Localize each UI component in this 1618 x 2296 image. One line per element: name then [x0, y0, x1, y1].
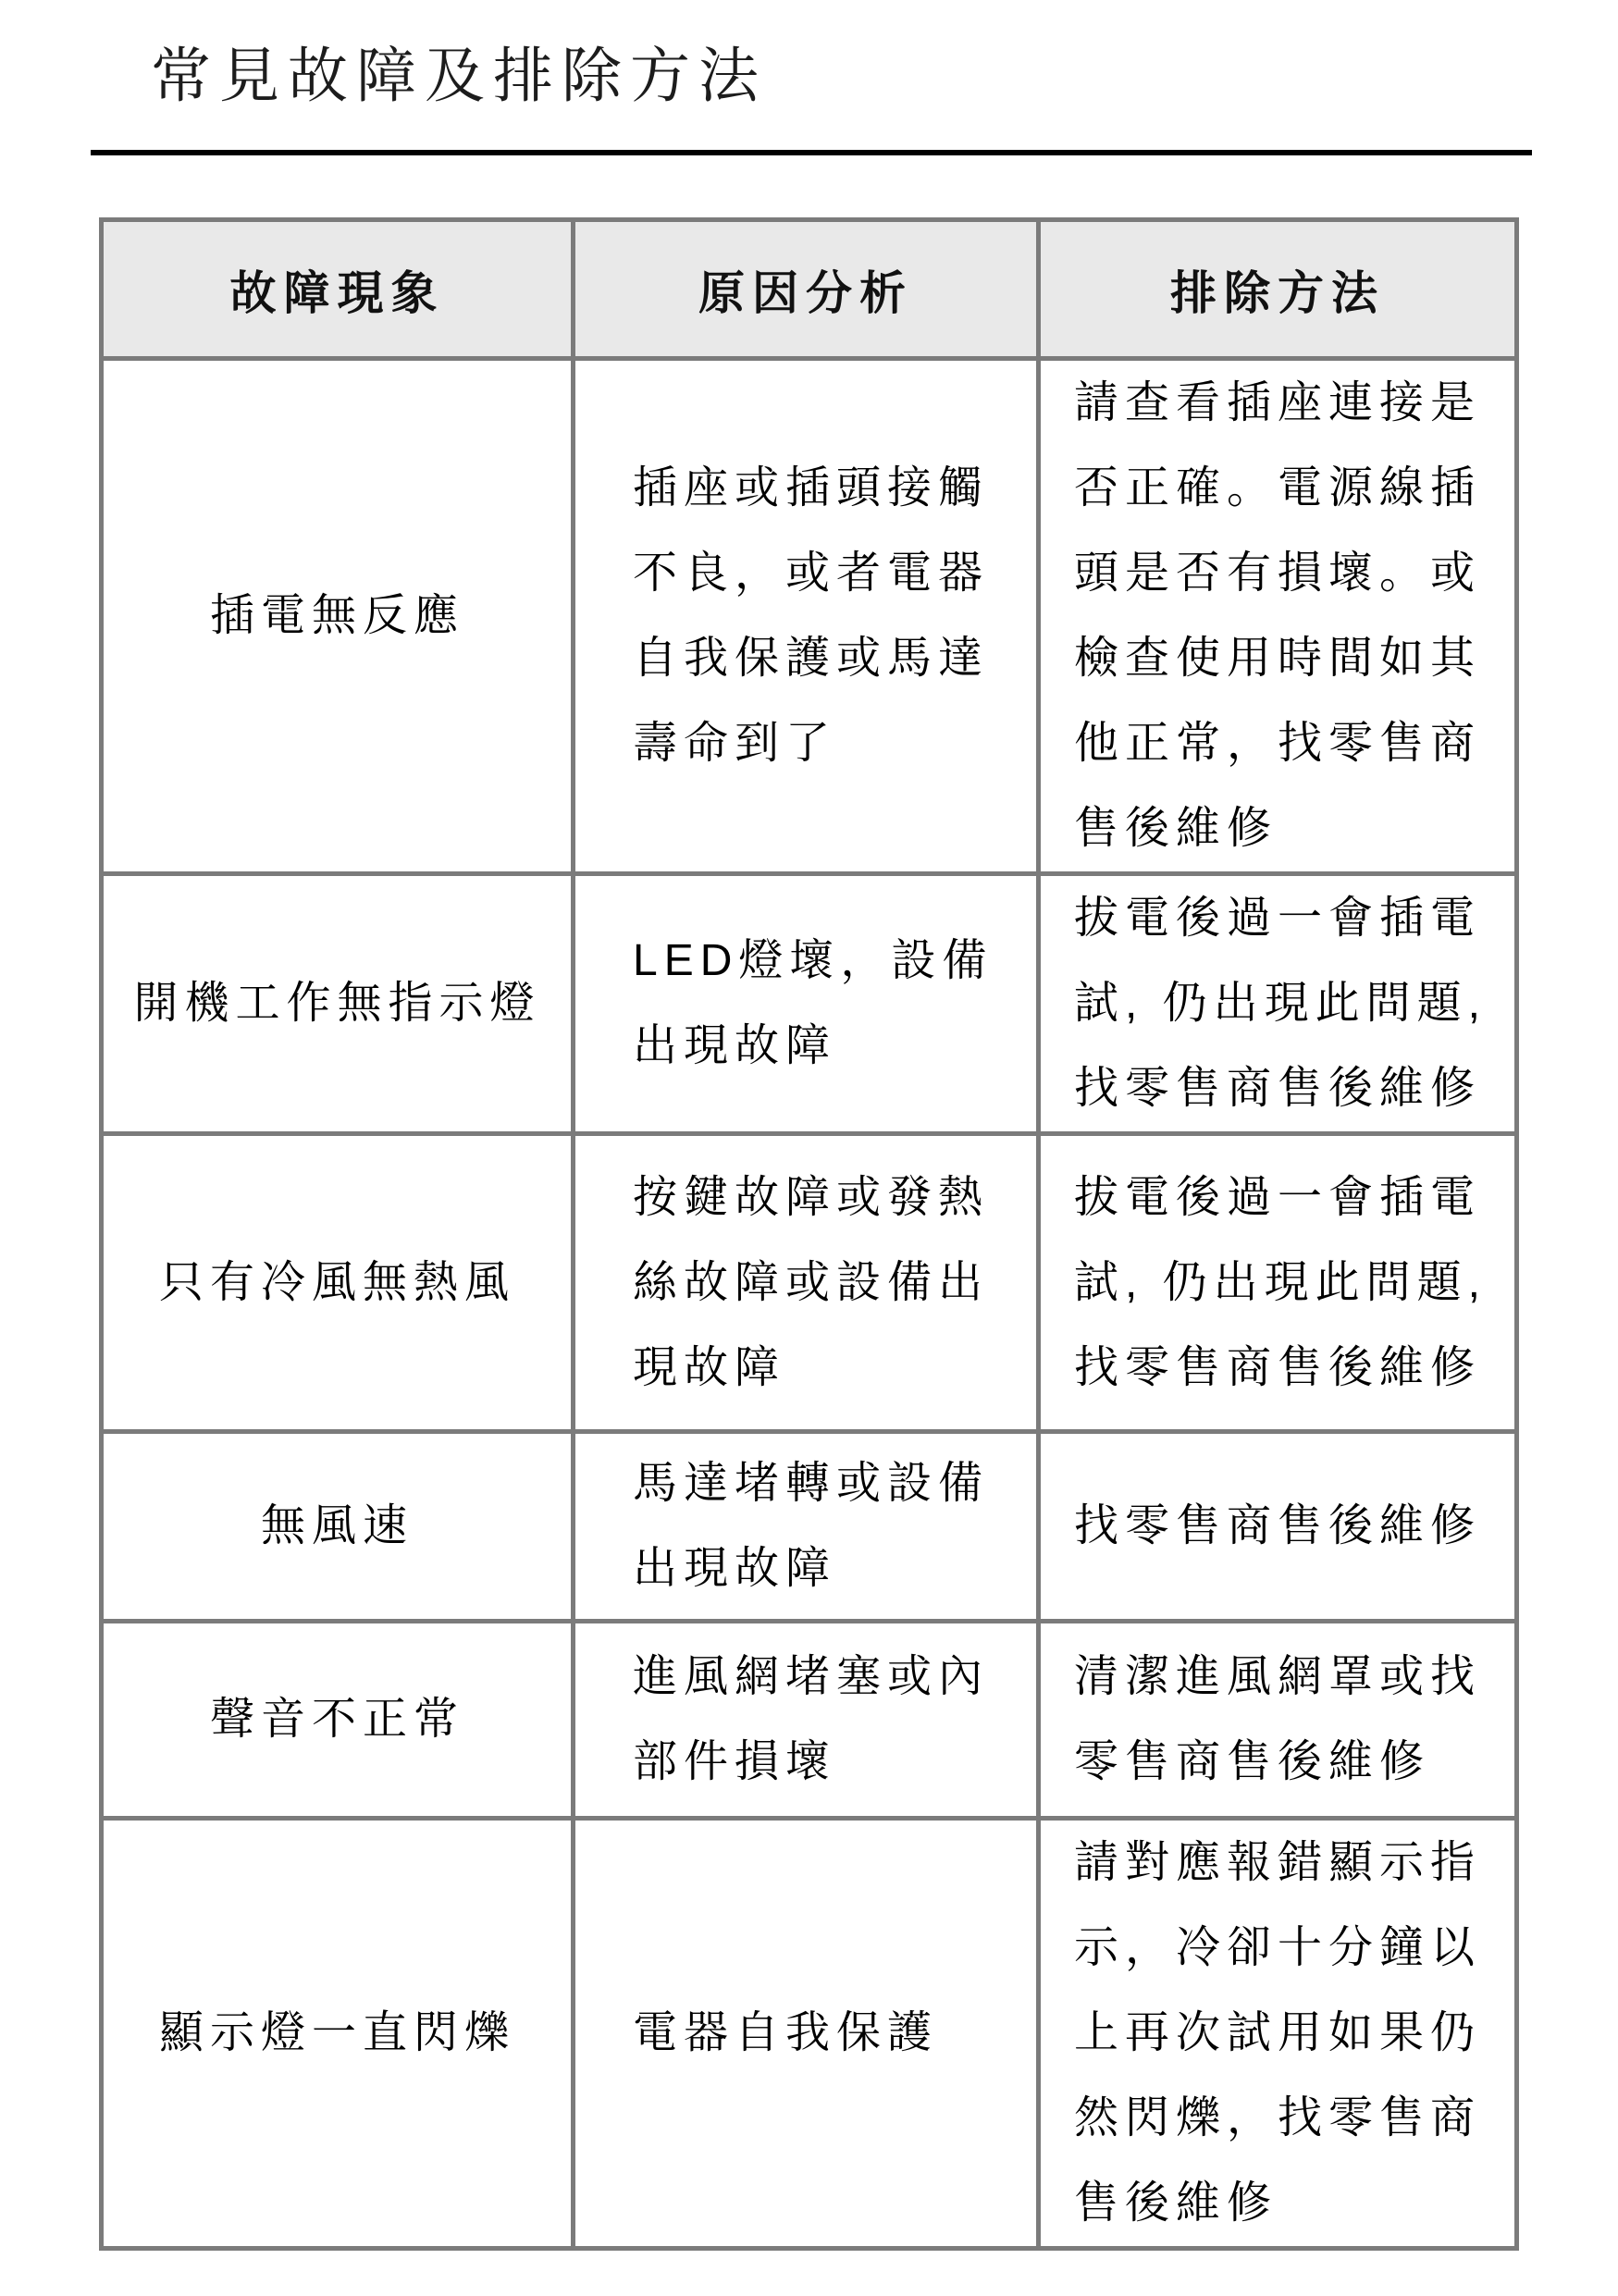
header-symptom: 故障現象 [102, 220, 574, 359]
cell-cause: 進風網堵塞或內 部件損壞 [574, 1622, 1039, 1819]
table-row: 無風速馬達堵轉或設備 出現故障找零售商售後維修 [102, 1432, 1517, 1622]
header-cause: 原因分析 [574, 220, 1039, 359]
cell-solution: 找零售商售後維修 [1039, 1432, 1517, 1622]
cell-symptom: 只有冷風無熱風 [102, 1134, 574, 1432]
table-row: 只有冷風無熱風按鍵故障或發熱 絲故障或設備出 現故障拔電後過一會插電 試, 仍出… [102, 1134, 1517, 1432]
table-row: 開機工作無指示燈LED燈壞，設備 出現故障拔電後過一會插電 試, 仍出現此問題,… [102, 874, 1517, 1134]
header-row: 故障現象 原因分析 排除方法 [102, 220, 1517, 359]
cell-symptom: 無風速 [102, 1432, 574, 1622]
cell-cause: 插座或插頭接觸 不良，或者電器 自我保護或馬達 壽命到了 [574, 359, 1039, 874]
cell-symptom: 開機工作無指示燈 [102, 874, 574, 1134]
cell-solution: 拔電後過一會插電 試, 仍出現此問題, 找零售商售後維修 [1039, 1134, 1517, 1432]
cell-symptom: 聲音不正常 [102, 1622, 574, 1819]
cell-symptom: 插電無反應 [102, 359, 574, 874]
table-header: 故障現象 原因分析 排除方法 [102, 220, 1517, 359]
table-row: 聲音不正常進風網堵塞或內 部件損壞清潔進風網罩或找 零售商售後維修 [102, 1622, 1517, 1819]
cell-solution: 請對應報錯顯示指 示，冷卻十分鐘以 上再次試用如果仍 然閃爍，找零售商 售後維修 [1039, 1819, 1517, 2249]
header-solution: 排除方法 [1039, 220, 1517, 359]
table-row: 顯示燈一直閃爍電器自我保護請對應報錯顯示指 示，冷卻十分鐘以 上再次試用如果仍 … [102, 1819, 1517, 2249]
cell-cause: LED燈壞，設備 出現故障 [574, 874, 1039, 1134]
cell-cause: 按鍵故障或發熱 絲故障或設備出 現故障 [574, 1134, 1039, 1432]
cell-cause: 電器自我保護 [574, 1819, 1039, 2249]
cell-symptom: 顯示燈一直閃爍 [102, 1819, 574, 2249]
troubleshooting-table: 故障現象 原因分析 排除方法 插電無反應插座或插頭接觸 不良，或者電器 自我保護… [99, 217, 1519, 2251]
page-title: 常見故障及排除方法 [151, 41, 767, 110]
cell-cause: 馬達堵轉或設備 出現故障 [574, 1432, 1039, 1622]
table-body: 插電無反應插座或插頭接觸 不良，或者電器 自我保護或馬達 壽命到了請查看插座連接… [102, 359, 1517, 2249]
cell-solution: 請查看插座連接是 否正確。電源線插 頭是否有損壞。或 檢查使用時間如其 他正常，… [1039, 359, 1517, 874]
title-underline-rule [91, 150, 1532, 155]
cell-solution: 清潔進風網罩或找 零售商售後維修 [1039, 1622, 1517, 1819]
manual-page: 常見故障及排除方法 故障現象 原因分析 排除方法 插電無反應插座或插頭接觸 不良… [0, 0, 1618, 2296]
cell-solution: 拔電後過一會插電 試, 仍出現此問題, 找零售商售後維修 [1039, 874, 1517, 1134]
table-row: 插電無反應插座或插頭接觸 不良，或者電器 自我保護或馬達 壽命到了請查看插座連接… [102, 359, 1517, 874]
